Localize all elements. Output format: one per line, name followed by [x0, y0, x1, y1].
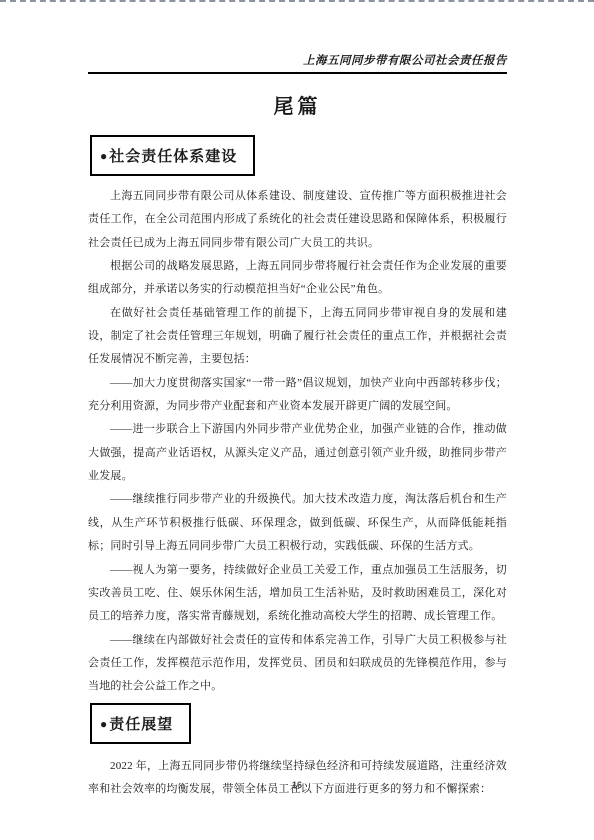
section-heading-box-system-building: ●社会责任体系建设 [90, 135, 255, 176]
paragraph: ——继续推行同步带产业的升级换代。加大技术改造力度，淘汰落后机台和生产线，从生产… [88, 488, 507, 558]
page-title: 尾篇 [88, 90, 507, 119]
section-heading-box-outlook: ●责任展望 [90, 703, 191, 744]
document-page: 上海五同同步带有限公司社会责任报告 尾篇 ●社会责任体系建设 上海五同同步带有限… [0, 0, 594, 840]
bullet-icon: ● [100, 149, 108, 163]
section-heading-label: 社会责任体系建设 [109, 149, 237, 165]
section-heading-label: 责任展望 [109, 717, 173, 733]
page-number: 16 [0, 780, 594, 790]
paragraph: ——加大力度贯彻落实国家“一带一路”倡议规划，加快产业向中西部转移步伐；充分利用… [88, 372, 507, 419]
paragraph: 根据公司的战略发展思路，上海五同同步带将履行社会责任作为企业发展的重要组成部分，… [88, 255, 507, 302]
bullet-icon: ● [100, 717, 108, 731]
page-content: ●社会责任体系建设 上海五同同步带有限公司从体系建设、制度建设、宣传推广等方面积… [88, 135, 507, 801]
paragraph: 上海五同同步带有限公司从体系建设、制度建设、宣传推广等方面积极推进社会责任工作，… [88, 185, 507, 255]
paragraph: ——进一步联合上下游国内外同步带产业优势企业，加强产业链的合作，推动做大做强，提… [88, 418, 507, 488]
header-title: 上海五同同步带有限公司社会责任报告 [303, 55, 507, 67]
page-header: 上海五同同步带有限公司社会责任报告 [88, 52, 507, 74]
paragraph: 2022 年，上海五同同步带仍将继续坚持绿色经济和可持续发展道路，注重经济效率和… [88, 755, 507, 802]
paragraph: ——继续在内部做好社会责任的宣传和体系完善工作，引导广大员工积极参与社会责任工作… [88, 629, 507, 699]
paragraph: 在做好社会责任基础管理工作的前提下，上海五同同步带审视自身的发展和建设，制定了社… [88, 302, 507, 372]
paragraph: ——视人为第一要务，持续做好企业员工关爱工作，重点加强员工生活服务，切实改善员工… [88, 559, 507, 629]
